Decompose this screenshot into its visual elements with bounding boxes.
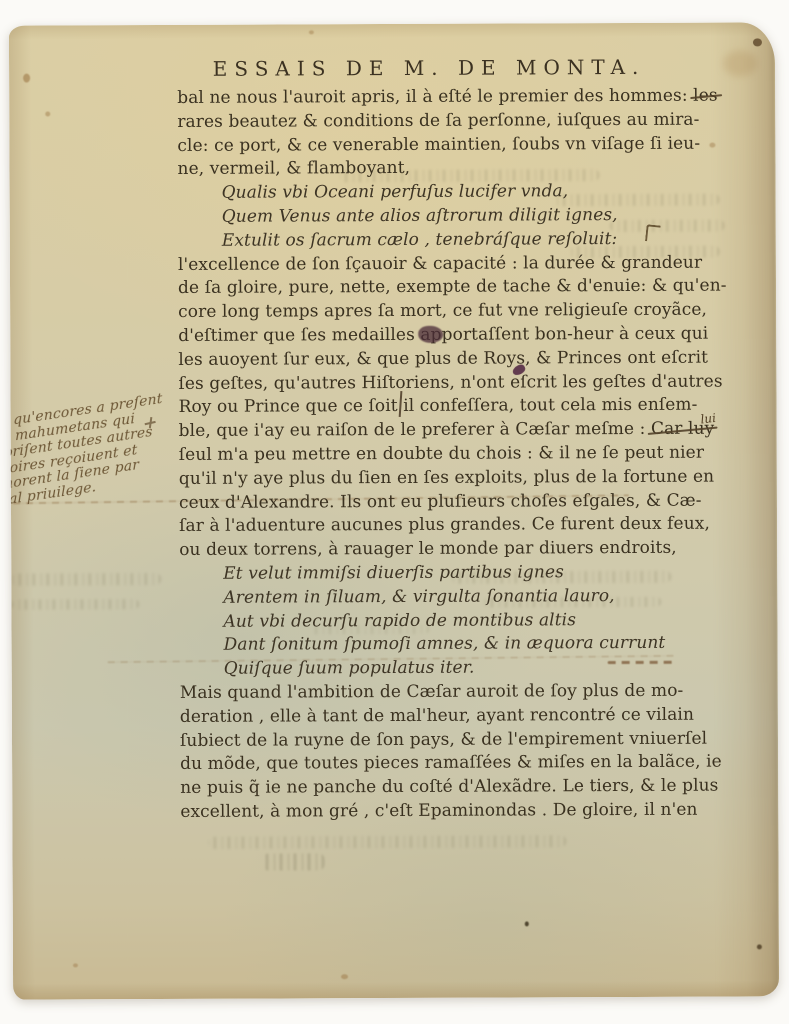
margin-plus-mark — [145, 417, 156, 428]
foxing-spot — [525, 921, 529, 926]
text-line: les auoyent ſur eux, & que plus de Roys,… — [178, 347, 646, 373]
text-segment: bal ne nous l'auroit apris, il à eſté le… — [177, 86, 693, 108]
foxing-spot — [341, 974, 348, 979]
text-line: ne puis q̃ ie ne panche du coſté d'Alexã… — [180, 775, 648, 801]
text-segment: ſubiect de la ruyne de ſon pays, & de l'… — [180, 728, 707, 750]
margin-bracket-mark — [645, 224, 661, 242]
text-line: excellent, à mon gré , c'eſt Epaminondas… — [180, 799, 648, 825]
text-segment: Quiſque ſuum populatus iter. — [224, 658, 475, 679]
text-segment: Mais quand l'ambition de Cæſar auroit de… — [180, 681, 684, 703]
text-line: Dant ſonitum ſpumoſi amnes, & in æquora … — [180, 632, 648, 658]
text-segment: confeſſera, tout cela mis enſem- — [414, 395, 697, 416]
text-line: cle: ce port, & ce venerable maintien, ſ… — [177, 132, 645, 158]
page-top-edge-shading — [9, 22, 775, 39]
text-line: Et velut immiſsi diuerſis partibus ignes — [179, 561, 647, 587]
text-line: Aut vbi decurſu rapido de montibus altis — [179, 608, 647, 634]
text-segment: excellent, à mon gré , c'eſt Epaminondas… — [180, 800, 697, 822]
text-segment: ceux d'Alexandre. Ils ont eu pluſieurs c… — [179, 490, 702, 512]
text-segment: qu'il n'y aye plus du ſien en ſes exploi… — [179, 466, 714, 488]
running-header: ESSAIS DE M. DE MONTA. — [177, 55, 663, 81]
text-segment: Dant ſonitum ſpumoſi amnes, & in æquora … — [224, 633, 666, 655]
foxing-spot — [73, 963, 78, 967]
body-text: bal ne nous l'auroit apris, il à eſté le… — [177, 85, 648, 825]
showthrough-band — [11, 599, 139, 610]
text-segment: cle: ce port, & ce venerable maintien, ſ… — [177, 133, 700, 155]
text-segment: ble, que i'ay eu raiſon de le preferer à… — [179, 419, 651, 441]
strike-pen-mark: Car luylui — [651, 419, 714, 439]
text-segment: Aut vbi decurſu rapido de montibus altis — [223, 610, 576, 632]
text-line: bal ne nous l'auroit apris, il à eſté le… — [177, 85, 645, 111]
text-line: qu'il n'y aye plus du ſien en ſes exploi… — [179, 466, 647, 492]
text-line: ne, vermeil, & flamboyant, — [177, 156, 645, 182]
text-segment: de ſa gloire, pure, nette, exempte de ta… — [178, 276, 727, 298]
blot-above-pen-mark: eſcrit — [510, 372, 557, 392]
text-line: ble, que i'ay eu raiſon de le preferer à… — [179, 418, 647, 444]
text-segment: rares beautez & conditions de ſa perſonn… — [177, 109, 699, 131]
text-segment: d'eſtimer que ſes medailles — [178, 325, 420, 346]
foxing-spot — [45, 111, 50, 116]
foxing-spot — [23, 74, 30, 83]
text-line: du mõde, que toutes pieces ramaſſées & m… — [180, 751, 648, 777]
page-left-edge-shading — [9, 26, 35, 1000]
text-segment: ſes geſtes, qu'autres Hiſtoriens, n'ont — [178, 372, 510, 393]
text-segment: ou deux torrens, à rauager le monde par … — [179, 538, 677, 560]
text-segment: ne puis q̃ ie ne panche du coſté d'Alexã… — [180, 776, 718, 798]
book-page: ESSAIS DE M. DE MONTA. bal ne nous l'aur… — [9, 22, 779, 999]
text-line: ſubiect de la ruyne de ſon pays, & de l'… — [180, 727, 648, 753]
scanned-book-photo: { "book_page": { "running_header": "ESSA… — [0, 0, 789, 1024]
text-segment: Arentem in ſiluam, & virgulta ſonantia l… — [223, 586, 614, 608]
showthrough-band — [208, 835, 566, 849]
blot-pen-mark: ap — [420, 325, 441, 345]
text-segment: Et velut immiſsi diuerſis partibus ignes — [223, 562, 564, 583]
showthrough-signature-mark — [262, 853, 324, 870]
text-line: Qualis vbi Oceani perfuſus lucifer vnda, — [178, 180, 646, 206]
text-segment: deration , elle à tant de mal'heur, ayan… — [180, 704, 694, 726]
text-segment: ſeul m'a peu mettre en doubte du chois :… — [179, 443, 704, 465]
text-segment: Quem Venus ante alios aſtrorum diligit i… — [222, 205, 618, 227]
text-line: Roy ou Prince que ce ſoit il confeſſera,… — [178, 394, 646, 420]
marginalia-note: t qu'encores a preſents mahumetans quipr… — [9, 387, 199, 509]
text-line: rares beautez & conditions de ſa perſonn… — [177, 109, 645, 135]
text-line: ou deux torrens, à rauager le monde par … — [179, 537, 647, 563]
text-line: ceux d'Alexandre. Ils ont eu pluſieurs c… — [179, 489, 647, 515]
text-line: de ſa gloire, pure, nette, exempte de ta… — [178, 275, 646, 301]
text-segment: Extulit os ſacrum cælo , tenebráſque reſ… — [222, 229, 618, 251]
foxing-spot — [309, 30, 314, 34]
text-segment: portaſſent bon-heur à ceux qui — [442, 324, 709, 345]
text-segment: Roy ou Prince que ce ſoit — [179, 396, 404, 417]
page-right-edge-shading — [711, 22, 779, 996]
text-line: ſar à l'aduenture aucunes plus grandes. … — [179, 513, 647, 539]
text-line: ſes geſtes, qu'autres Hiſtoriens, n'ont … — [178, 370, 646, 396]
text-segment: l'excellence de ſon ſçauoir & capacité :… — [178, 252, 702, 274]
text-segment: les geſtes d'autres — [557, 371, 723, 392]
text-segment: les auoyent ſur eux, & que plus de Roys,… — [178, 347, 708, 369]
text-line: Quem Venus ante alios aſtrorum diligit i… — [178, 204, 646, 230]
text-line: core long temps apres ſa mort, ce fut vn… — [178, 299, 646, 325]
text-segment: du mõde, que toutes pieces ramaſſées & m… — [180, 752, 722, 774]
text-segment: Qualis vbi Oceani perfuſus lucifer vnda, — [222, 181, 569, 203]
text-line: l'excellence de ſon ſçauoir & capacité :… — [178, 251, 646, 277]
text-line: deration , elle à tant de mal'heur, ayan… — [180, 704, 648, 730]
text-segment: ſar à l'aduenture aucunes plus grandes. … — [179, 514, 710, 536]
showthrough-band — [11, 573, 161, 586]
text-line: Arentem in ſiluam, & virgulta ſonantia l… — [179, 585, 647, 611]
text-line: ſeul m'a peu mettre en doubte du chois :… — [179, 442, 647, 468]
text-line: Mais quand l'ambition de Cæſar auroit de… — [180, 680, 648, 706]
text-line: d'eſtimer que ſes medailles apportaſſent… — [178, 323, 646, 349]
text-segment: core long temps apres ſa mort, ce fut vn… — [178, 300, 707, 322]
text-segment: ne, vermeil, & flamboyant, — [177, 158, 410, 179]
text-line: Extulit os ſacrum cælo , tenebráſque reſ… — [178, 228, 646, 254]
page-bottom-edge-shading — [13, 980, 779, 999]
caret-pen-mark: il — [403, 396, 414, 416]
text-line: Quiſque ſuum populatus iter. — [180, 656, 648, 682]
